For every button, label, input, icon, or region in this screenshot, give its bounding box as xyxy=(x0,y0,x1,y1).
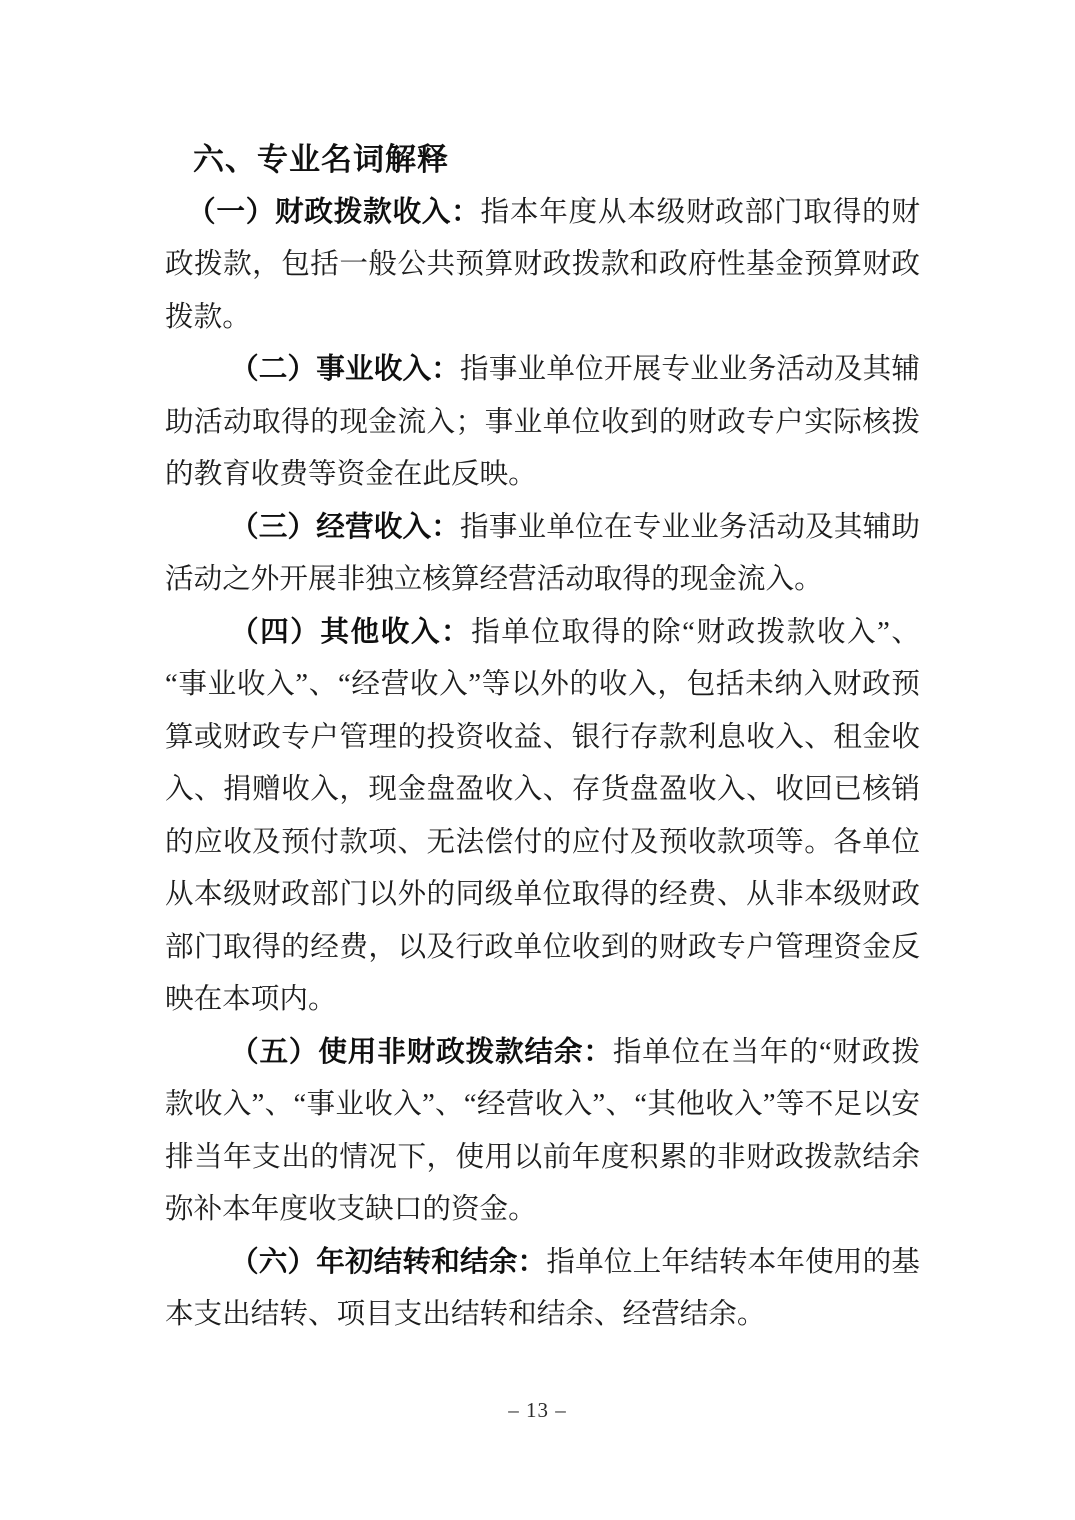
definition-paragraph: （三）经营收入：指事业单位在专业业务活动及其辅助活动之外开展非独立核算经营活动取… xyxy=(165,502,920,607)
document-page: 六、专业名词解释 （一）财政拨款收入：指本年度从本级财政部门取得的财政拨款，包括… xyxy=(0,0,1075,1520)
content-area: 六、专业名词解释 （一）财政拨款收入：指本年度从本级财政部门取得的财政拨款，包括… xyxy=(165,134,920,1342)
term-label: （五）使用非财政拨款结余： xyxy=(230,1037,613,1068)
definitions-list: （一）财政拨款收入：指本年度从本级财政部门取得的财政拨款，包括一般公共预算财政拨… xyxy=(165,187,920,1342)
definition-paragraph: （五）使用非财政拨款结余：指单位在当年的“财政拨款收入”、“事业收入”、“经营收… xyxy=(165,1027,920,1237)
term-definition: 指单位取得的除“财政拨款收入”、“事业收入”、“经营收入”等以外的收入，包括未纳… xyxy=(165,617,920,1016)
term-label: （四）其他收入： xyxy=(230,617,471,648)
term-label: （三）经营收入： xyxy=(230,512,460,543)
term-label: （二）事业收入： xyxy=(230,354,460,385)
term-label: （六）年初结转和结余： xyxy=(230,1247,546,1278)
definition-paragraph: （六）年初结转和结余：指单位上年结转本年使用的基本支出结转、项目支出结转和结余、… xyxy=(165,1237,920,1342)
definition-paragraph: （一）财政拨款收入：指本年度从本级财政部门取得的财政拨款，包括一般公共预算财政拨… xyxy=(165,187,920,345)
section-heading: 六、专业名词解释 xyxy=(165,134,920,187)
definition-paragraph: （二）事业收入：指事业单位开展专业业务活动及其辅助活动取得的现金流入；事业单位收… xyxy=(165,344,920,502)
term-label: （一）财政拨款收入： xyxy=(187,197,481,228)
definition-paragraph: （四）其他收入：指单位取得的除“财政拨款收入”、“事业收入”、“经营收入”等以外… xyxy=(165,607,920,1027)
page-number: – 13 – xyxy=(0,1398,1075,1423)
